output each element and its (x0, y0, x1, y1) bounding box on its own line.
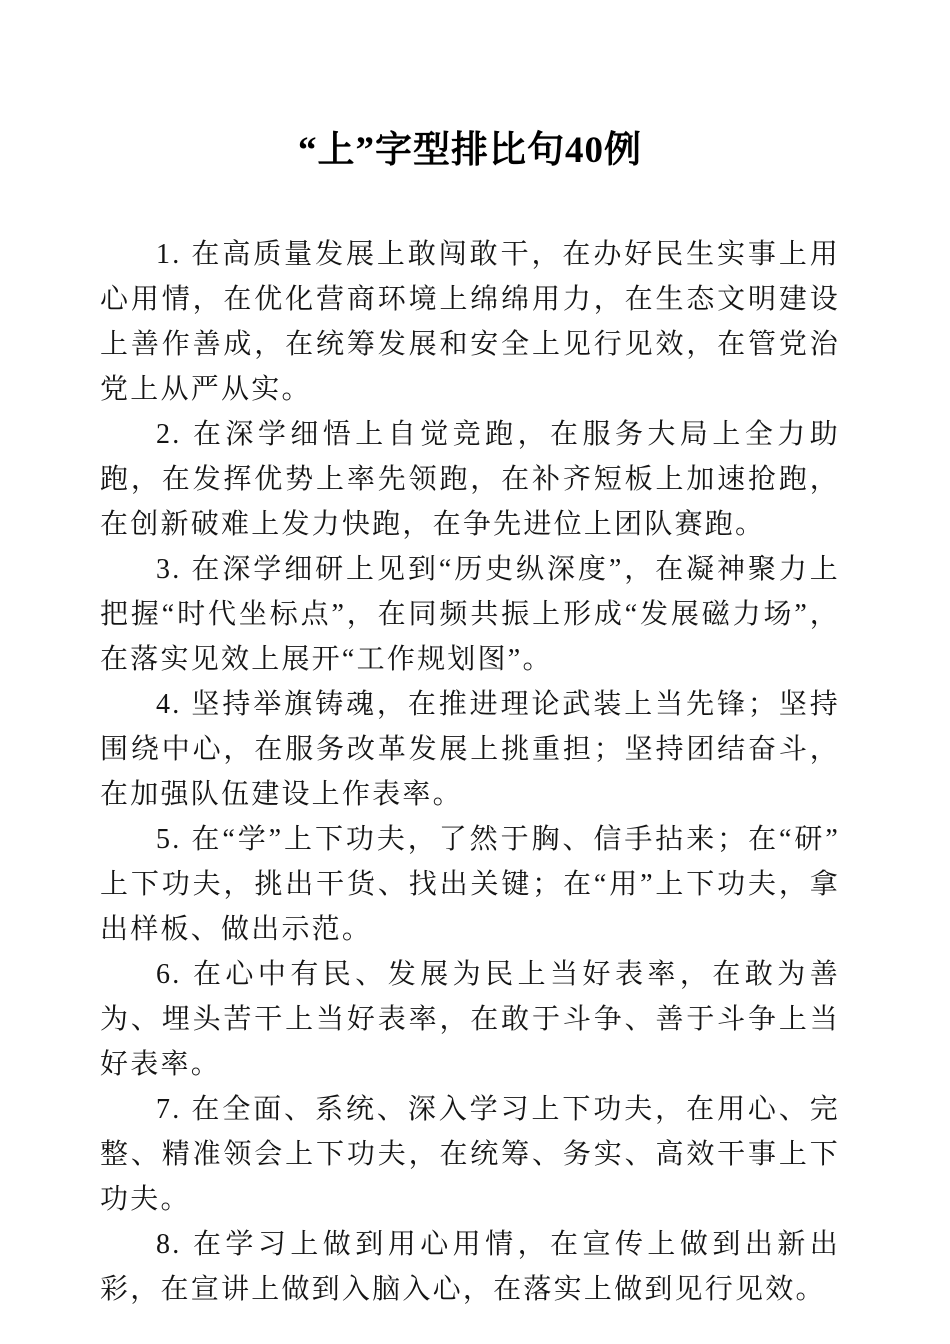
paragraph-3: 3. 在深学细研上见到“历史纵深度”，在凝神聚力上把握“时代坐标点”，在同频共振… (100, 547, 840, 682)
document-title: “上”字型排比句40例 (100, 0, 840, 174)
paragraph-7: 7. 在全面、系统、深入学习上下功夫，在用心、完整、精准领会上下功夫，在统筹、务… (100, 1087, 840, 1222)
paragraph-5: 5. 在“学”上下功夫，了然于胸、信手拈来；在“研”上下功夫，挑出干货、找出关键… (100, 817, 840, 952)
document-page: “上”字型排比句40例 1. 在高质量发展上敢闯敢干，在办好民生实事上用心用情，… (0, 0, 950, 1344)
paragraph-6: 6. 在心中有民、发展为民上当好表率，在敢为善为、埋头苦干上当好表率，在敢于斗争… (100, 952, 840, 1087)
paragraph-1: 1. 在高质量发展上敢闯敢干，在办好民生实事上用心用情，在优化营商环境上绵绵用力… (100, 232, 840, 412)
paragraph-2: 2. 在深学细悟上自觉竞跑，在服务大局上全力助跑，在发挥优势上率先领跑，在补齐短… (100, 412, 840, 547)
paragraph-4: 4. 坚持举旗铸魂，在推进理论武装上当先锋；坚持围绕中心，在服务改革发展上挑重担… (100, 682, 840, 817)
paragraph-8: 8. 在学习上做到用心用情，在宣传上做到出新出彩，在宣讲上做到入脑入心，在落实上… (100, 1222, 840, 1312)
document-body: 1. 在高质量发展上敢闯敢干，在办好民生实事上用心用情，在优化营商环境上绵绵用力… (100, 232, 840, 1312)
